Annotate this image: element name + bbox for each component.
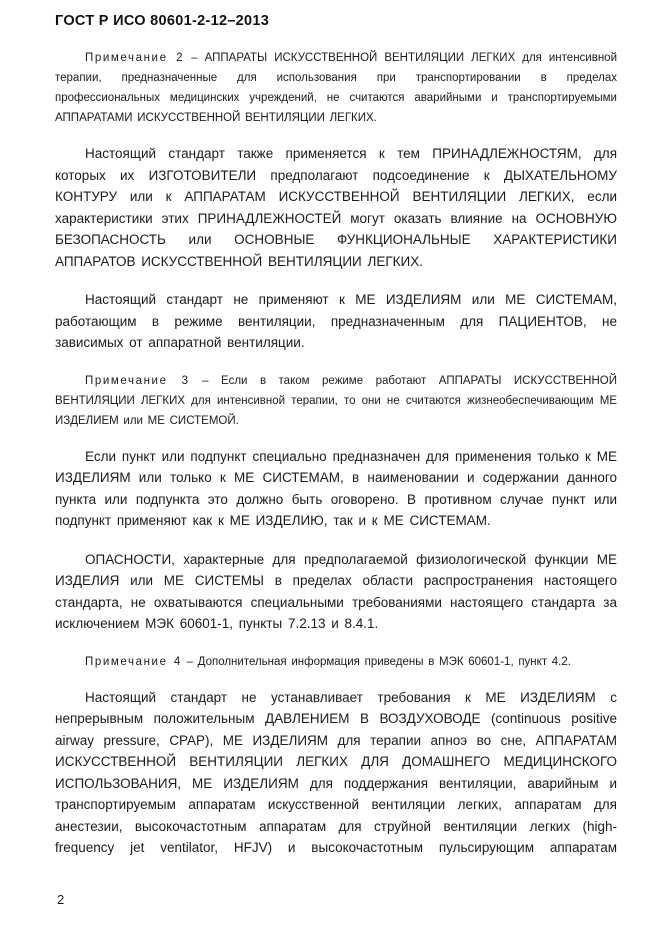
note-4-label: Примечание 4 <box>85 656 182 668</box>
body-paragraph-exclusions: Настоящий стандарт не устанавливает треб… <box>55 687 617 859</box>
body-paragraph-accessories: Настоящий стандарт также применяется к т… <box>55 143 617 272</box>
note-paragraph-2: Примечание 2 – АППАРАТЫ ИСКУССТВЕННОЙ ВЕ… <box>55 48 617 128</box>
note-paragraph-4: Примечание 4 – Дополнительная информация… <box>55 652 617 672</box>
document-header-title: ГОСТ Р ИСО 80601-2-12–2013 <box>55 10 617 32</box>
body-paragraph-hazards: ОПАСНОСТИ, характерные для предполагаемо… <box>55 549 617 635</box>
body-paragraph-not-applicable: Настоящий стандарт не применяют к МЕ ИЗД… <box>55 289 617 354</box>
body-paragraph-clause-applicability: Если пункт или подпункт специально предн… <box>55 446 617 532</box>
note-2-label: Примечание 2 <box>85 52 184 64</box>
note-4-text: – Дополнительная информация приведены в … <box>187 656 571 668</box>
page-number: 2 <box>57 892 64 907</box>
note-paragraph-3: Примечание 3 – Если в таком режиме работ… <box>55 371 617 431</box>
document-page: ГОСТ Р ИСО 80601-2-12–2013 Примечание 2 … <box>0 0 661 935</box>
note-3-label: Примечание 3 <box>85 375 190 387</box>
